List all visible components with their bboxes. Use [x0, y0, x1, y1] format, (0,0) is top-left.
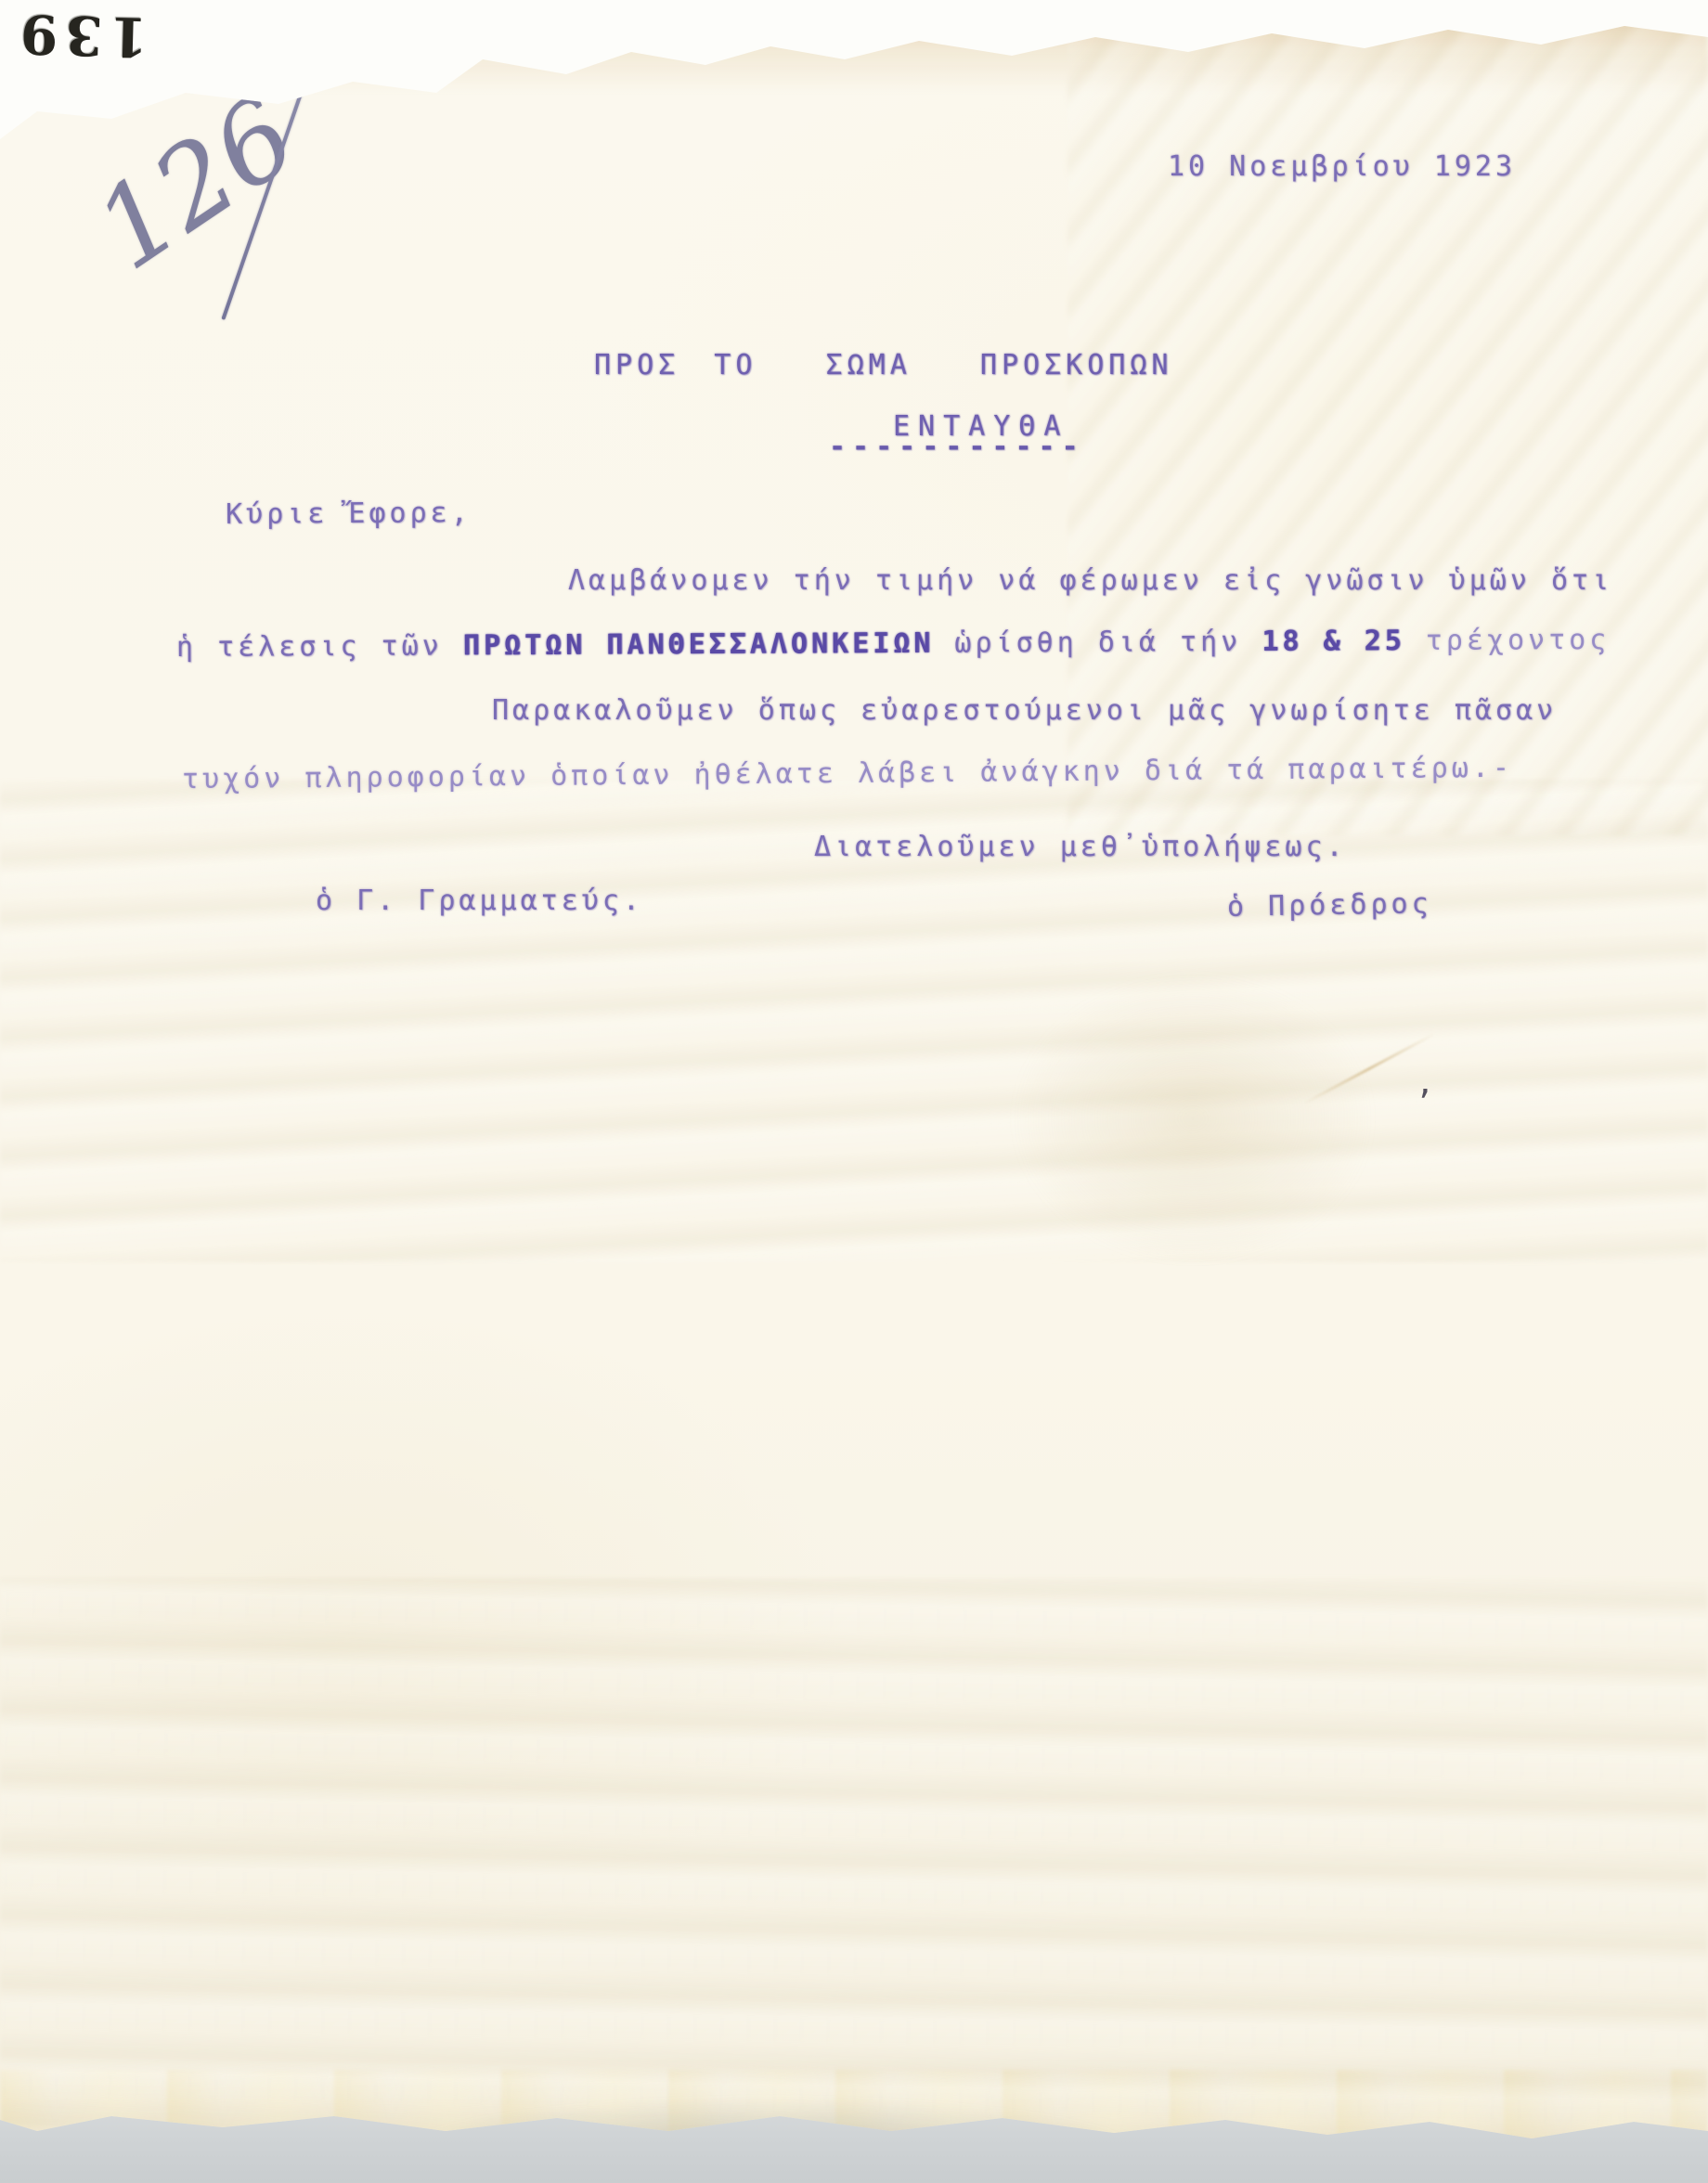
body-line-3: Παρακαλοῦμεν ὅπως εὐαρεστούμενοι μᾶς γνω… [492, 694, 1557, 727]
body-line-2-text: ὡρίσθη διά τήν [934, 626, 1262, 660]
letter-date: 10 Νοεμβρίου 1923 [1168, 150, 1516, 183]
torn-top-edge [0, 19, 1708, 93]
body-line-2: ἡ τέλεσις τῶν ΠΡΩΤΩΝ ΠΑΝΘΕΣΣΑΛΟΝΚΕΙΩΝ ὡρ… [176, 624, 1611, 664]
signature-title-secretary: ὁ Γ. Γραμματεύς. [316, 885, 643, 917]
body-line-2-text: τρέχοντος [1405, 624, 1611, 657]
body-line-2-emphasis-dates: 18 & 25 [1262, 625, 1405, 658]
salutation: Κύριε Ἔφορε, [226, 497, 472, 531]
body-line-2-emphasis-event: ΠΡΩΤΩΝ ΠΑΝΘΕΣΣΑΛΟΝΚΕΙΩΝ [463, 627, 935, 663]
closing-formula: Διατελοῦμεν μεθ᾽ὑπολήψεως. [814, 831, 1347, 863]
body-line-1: Λαμβάνομεν τήν τιμήν νά φέρωμεν εἰς γνῶσ… [568, 564, 1612, 597]
paper-crease [0, 1578, 1708, 2153]
letter-paper-sheet: 126 10 Νοεμβρίου 1923 ΠΡΟΣ ΤΟ ΣΩΜΑ ΠΡΟΣΚ… [0, 0, 1708, 2183]
signature-title-president: ὁ Πρόεδρος [1227, 887, 1432, 924]
stray-ink-mark: ’ [1415, 1084, 1437, 1121]
handwritten-protocol-number: 126 [73, 71, 318, 294]
folio-number-stamp: 139 [12, 2, 149, 69]
recipient-underline: ----------- [829, 431, 1085, 463]
paper-crease [835, 910, 1485, 1374]
recipient-heading: ΠΡΟΣ ΤΟ ΣΩΜΑ ΠΡΟΣΚΟΠΩΝ [594, 349, 1172, 381]
body-line-2-text: ἡ τέλεσις τῶν [176, 629, 463, 664]
body-line-4: τυχόν πληροφορίαν ὁποίαν ἠθέλατε λάβει ἀ… [182, 752, 1513, 796]
paper-shadow [353, 2079, 1188, 2153]
